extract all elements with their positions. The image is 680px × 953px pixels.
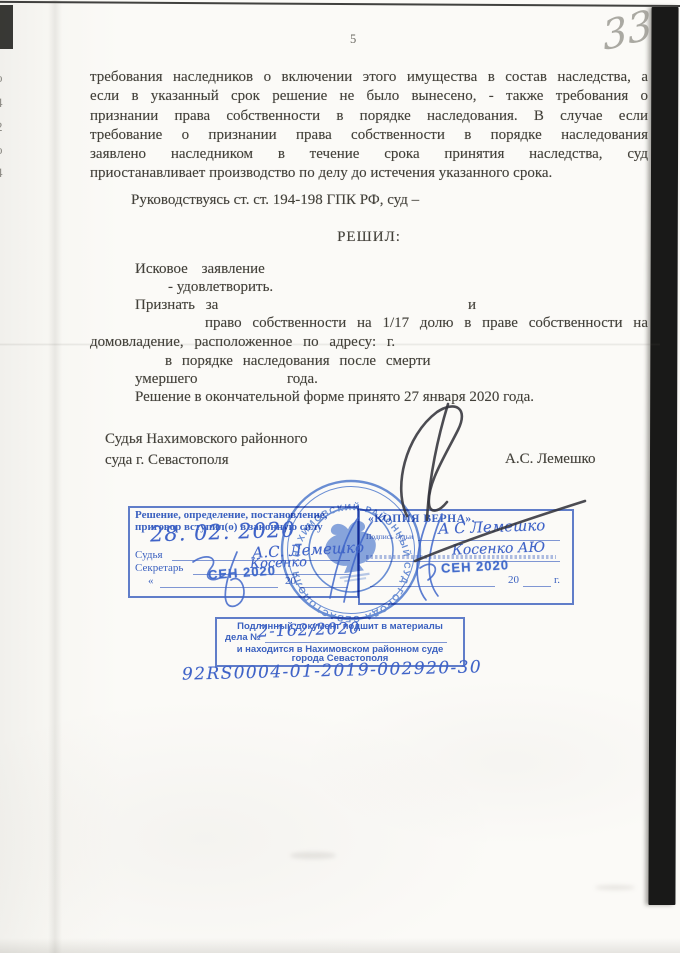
edge-fragment: 4 (0, 95, 10, 111)
paragraph-line: требование о признании права собственнос… (90, 126, 648, 145)
paragraph-line: признании права собственности в порядке … (90, 107, 648, 126)
judge-title-line2: суда г. Севастополя (105, 451, 229, 470)
secretary-label: Секретарь (135, 562, 183, 574)
judge-label: Судья (135, 549, 163, 561)
judge-signature (345, 398, 605, 573)
year-underline (523, 586, 551, 587)
page-number: 5 (350, 32, 356, 47)
paragraph-line: требования наследников о включении этого… (90, 68, 648, 87)
edge-fragment: о (0, 142, 10, 158)
edge-fragment: о (0, 70, 10, 86)
secretary-signature-squiggle (185, 548, 285, 618)
signature-stroke (401, 406, 462, 516)
paragraph-line: заявлено наследником в течение срока при… (90, 145, 648, 164)
smudge (595, 885, 635, 890)
ownership-share-text: право собственности на 1/17 долю в праве… (205, 314, 648, 333)
edge-fragment: 2 (0, 119, 10, 135)
year-suffix: г. (554, 574, 560, 586)
paragraph-line: если в указанный срок решение не было вы… (90, 87, 648, 106)
scanned-document-page: о 4 2 о 4 / : - 5 33 требования наследни… (0, 0, 680, 953)
main-paragraph: требования наследников о включении этого… (90, 68, 648, 184)
open-quote: « (148, 575, 154, 587)
claim-line: Исковое заявление (135, 260, 265, 279)
scan-edge-right (648, 7, 678, 905)
resolution-heading: РЕШИЛ: (90, 228, 648, 247)
smudge (290, 852, 336, 859)
inheritance-order-line: в порядке наследования после смерти (165, 352, 431, 371)
edge-fragment: / (0, 200, 10, 216)
edge-fragment: 4 (0, 165, 10, 181)
case-number-handwriting: 2-162/2020 (258, 618, 361, 641)
year-word: года. (287, 370, 318, 389)
satisfy-line: - удовлетворить. (168, 278, 273, 297)
deceased-word: умершего (135, 370, 197, 389)
and-word: и (468, 296, 476, 315)
year-prefix: 20 (508, 574, 519, 586)
recognize-line: Признать за (135, 296, 218, 315)
scan-edge-top-left (0, 5, 13, 49)
judge-title-line1: Судья Нахимовского районного (105, 430, 308, 449)
edge-fragment: - (0, 265, 10, 281)
case-number-underline (265, 642, 447, 643)
ownership-share-line: право собственности на 1/17 долю в праве… (205, 314, 648, 333)
paragraph-line: приостанавливает производство по делу до… (90, 164, 648, 183)
case-number-label: дела № (225, 632, 261, 643)
edge-fragment: : (0, 238, 10, 254)
signature-flourish (415, 501, 585, 561)
household-line: домовладение, расположенное по адресу: г… (90, 333, 395, 352)
guided-by-line: Руководствуясь ст. ст. 194-198 ГПК РФ, с… (131, 191, 419, 210)
vertical-fold-line (48, 0, 62, 953)
bottom-edge-shade (0, 938, 680, 953)
